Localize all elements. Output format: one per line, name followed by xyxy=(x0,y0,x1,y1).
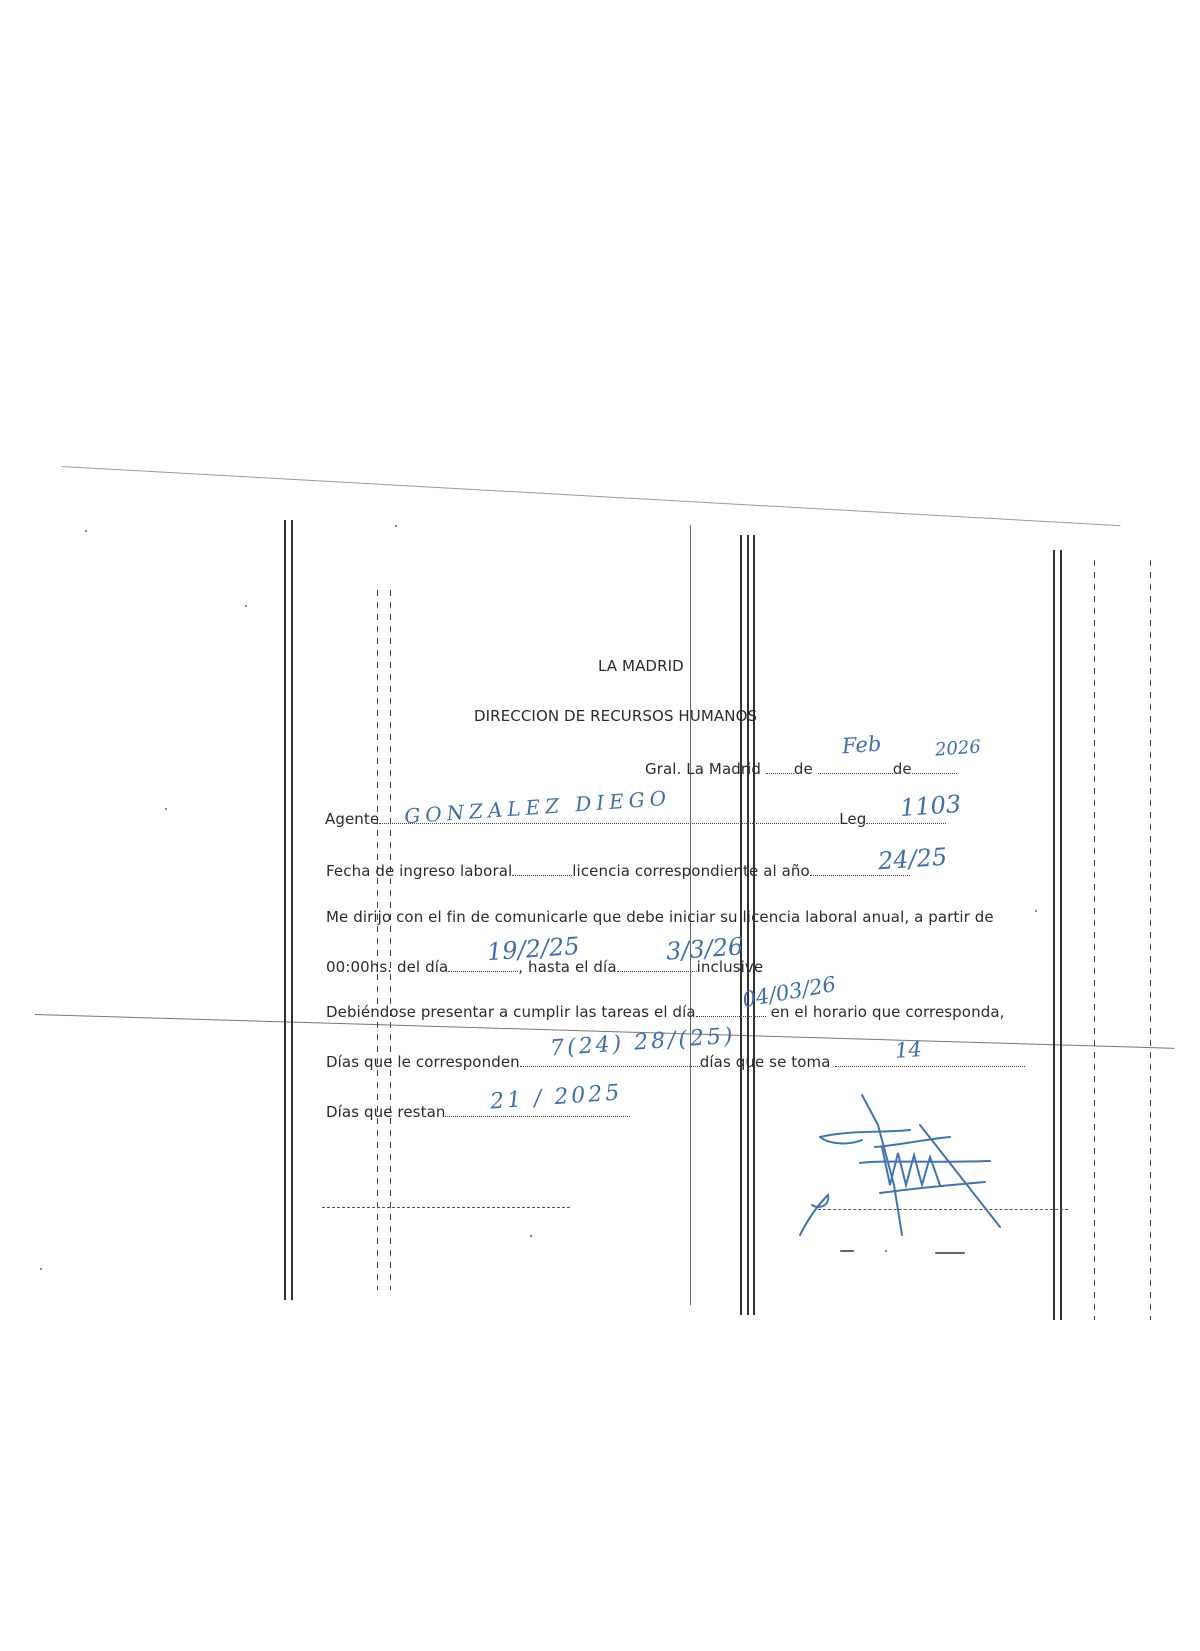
dias-restan-label: Días que restan xyxy=(326,1103,445,1121)
border-left-2 xyxy=(291,520,293,1300)
department-title: DIRECCION DE RECURSOS HUMANOS xyxy=(474,707,757,725)
handwritten-hasta: 3/3/26 xyxy=(665,932,744,965)
place-date-line: Gral. La Madrid de de xyxy=(645,760,957,778)
scan-speck xyxy=(40,1268,42,1270)
presentarse-line: Debiéndose presentar a cumplir las tarea… xyxy=(326,1003,1004,1021)
border-left-1 xyxy=(284,520,286,1300)
presentarse-label: Debiéndose presentar a cumplir las tarea… xyxy=(326,1003,696,1021)
dash-left-b xyxy=(390,590,391,1290)
ingreso-line: Fecha de ingreso laborallicencia corresp… xyxy=(326,862,910,880)
scan-speck xyxy=(1035,910,1037,912)
scan-speck xyxy=(85,530,87,532)
scan-speck xyxy=(165,808,167,810)
handwritten-month: Feb xyxy=(841,732,882,759)
scan-mark xyxy=(885,1250,887,1252)
border-right-2 xyxy=(1060,550,1062,1320)
dias-toma-label: días que se toma xyxy=(700,1053,831,1071)
dash-right-a xyxy=(1094,560,1095,1320)
scan-speck xyxy=(245,605,247,607)
signature-line-left xyxy=(322,1207,570,1208)
scan-mark xyxy=(935,1252,965,1254)
place-label: Gral. La Madrid xyxy=(645,760,761,778)
municipality-title: LA MADRID xyxy=(598,657,684,675)
fecha-ingreso-label: Fecha de ingreso laboral xyxy=(326,862,512,880)
agente-label: Agente xyxy=(325,810,379,828)
scan-speck xyxy=(395,525,397,527)
scanned-document: LA MADRID DIRECCION DE RECURSOS HUMANOS … xyxy=(0,0,1200,1651)
de-label-1: de xyxy=(794,760,813,778)
dash-right-b xyxy=(1150,560,1151,1320)
leg-label: Leg xyxy=(839,810,866,828)
horario-label: en el horario que corresponda, xyxy=(771,1003,1005,1021)
handwritten-dias-toma: 14 xyxy=(894,1037,922,1063)
handwritten-legajo: 1103 xyxy=(899,790,962,822)
dash-left-a xyxy=(377,590,378,1290)
border-right-1 xyxy=(1053,550,1055,1320)
scan-line-top xyxy=(62,466,1120,526)
signature-icon xyxy=(790,1085,1010,1245)
de-label-2: de xyxy=(893,760,912,778)
handwritten-licencia-anio: 24/25 xyxy=(877,843,948,876)
dias-corresponden-label: Días que le corresponden xyxy=(326,1053,520,1071)
desde-label: 00:00hs. del día xyxy=(326,958,448,976)
scan-mark xyxy=(840,1250,854,1252)
scan-speck xyxy=(530,1235,532,1237)
licencia-anio-label: licencia correspondiente al año xyxy=(572,862,810,880)
handwritten-year: 2026 xyxy=(934,736,981,760)
body-text: Me dirijo con el fin de comunicarle que … xyxy=(326,908,994,926)
